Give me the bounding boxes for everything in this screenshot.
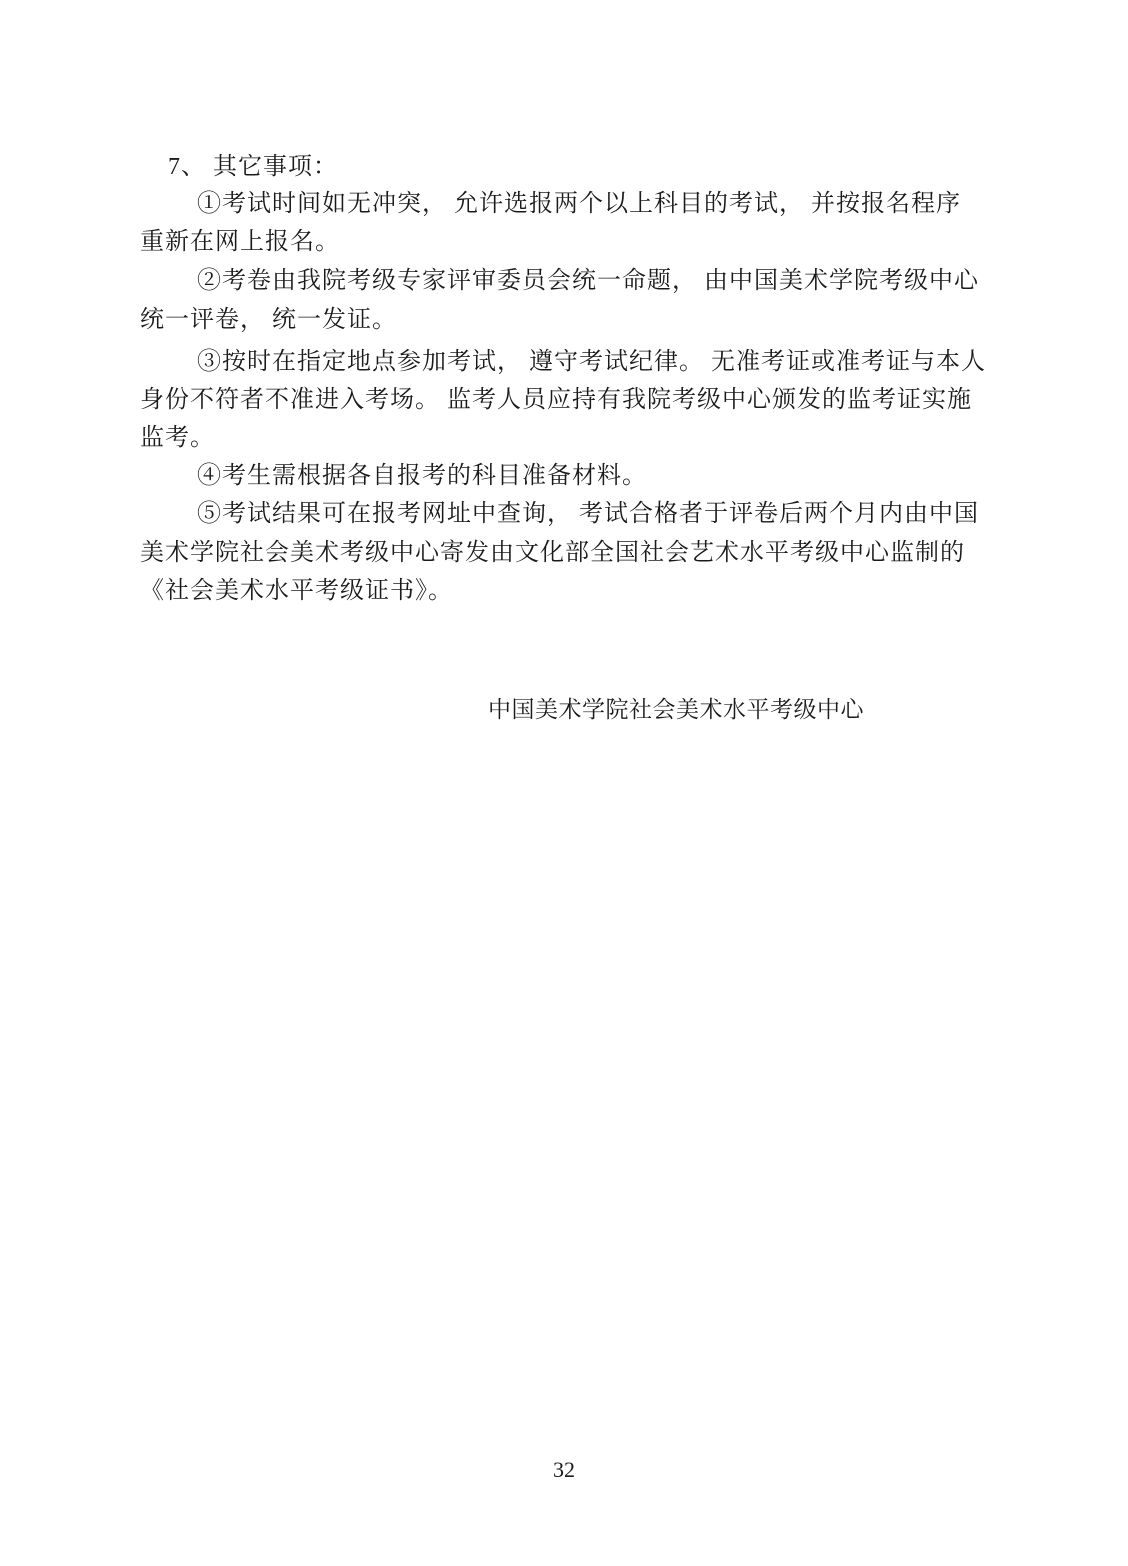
page-number: 32 — [0, 1455, 1128, 1485]
document-page: 7、 其它事项： ①考试时间如无冲突， 允许选报两个以上科目的考试， 并按报名程… — [0, 0, 1128, 1566]
item2-line1: ②考卷由我院考级专家评审委员会统一命题， 由中国美术学院考级中心 — [197, 262, 979, 300]
item1-line1: ①考试时间如无冲突， 允许选报两个以上科目的考试， 并按报名程序 — [197, 185, 961, 223]
signature-line: 中国美术学院社会美术水平考级中心 — [488, 691, 864, 729]
item3-line2: 身份不符者不准进入考场。 监考人员应持有我院考级中心颁发的监考证实施 — [140, 381, 972, 419]
item2-line2: 统一评卷， 统一发证。 — [140, 301, 397, 339]
item1-line2: 重新在网上报名。 — [140, 223, 340, 261]
item5-line2: 美术学院社会美术考级中心寄发由文化部全国社会艺术水平考级中心监制的 — [140, 534, 965, 572]
heading-other-matters: 7、 其它事项： — [168, 148, 338, 186]
item5-line1: ⑤考试结果可在报考网址中查询， 考试合格者于评卷后两个月内由中国 — [197, 495, 979, 533]
item4-line1: ④考生需根据各自报考的科目准备材料。 — [197, 457, 647, 495]
item5-line3: 《社会美术水平考级证书》。 — [140, 572, 453, 610]
item3-line3: 监考。 — [140, 419, 215, 457]
item3-line1: ③按时在指定地点参加考试， 遵守考试纪律。 无准考证或准考证与本人 — [197, 343, 986, 381]
